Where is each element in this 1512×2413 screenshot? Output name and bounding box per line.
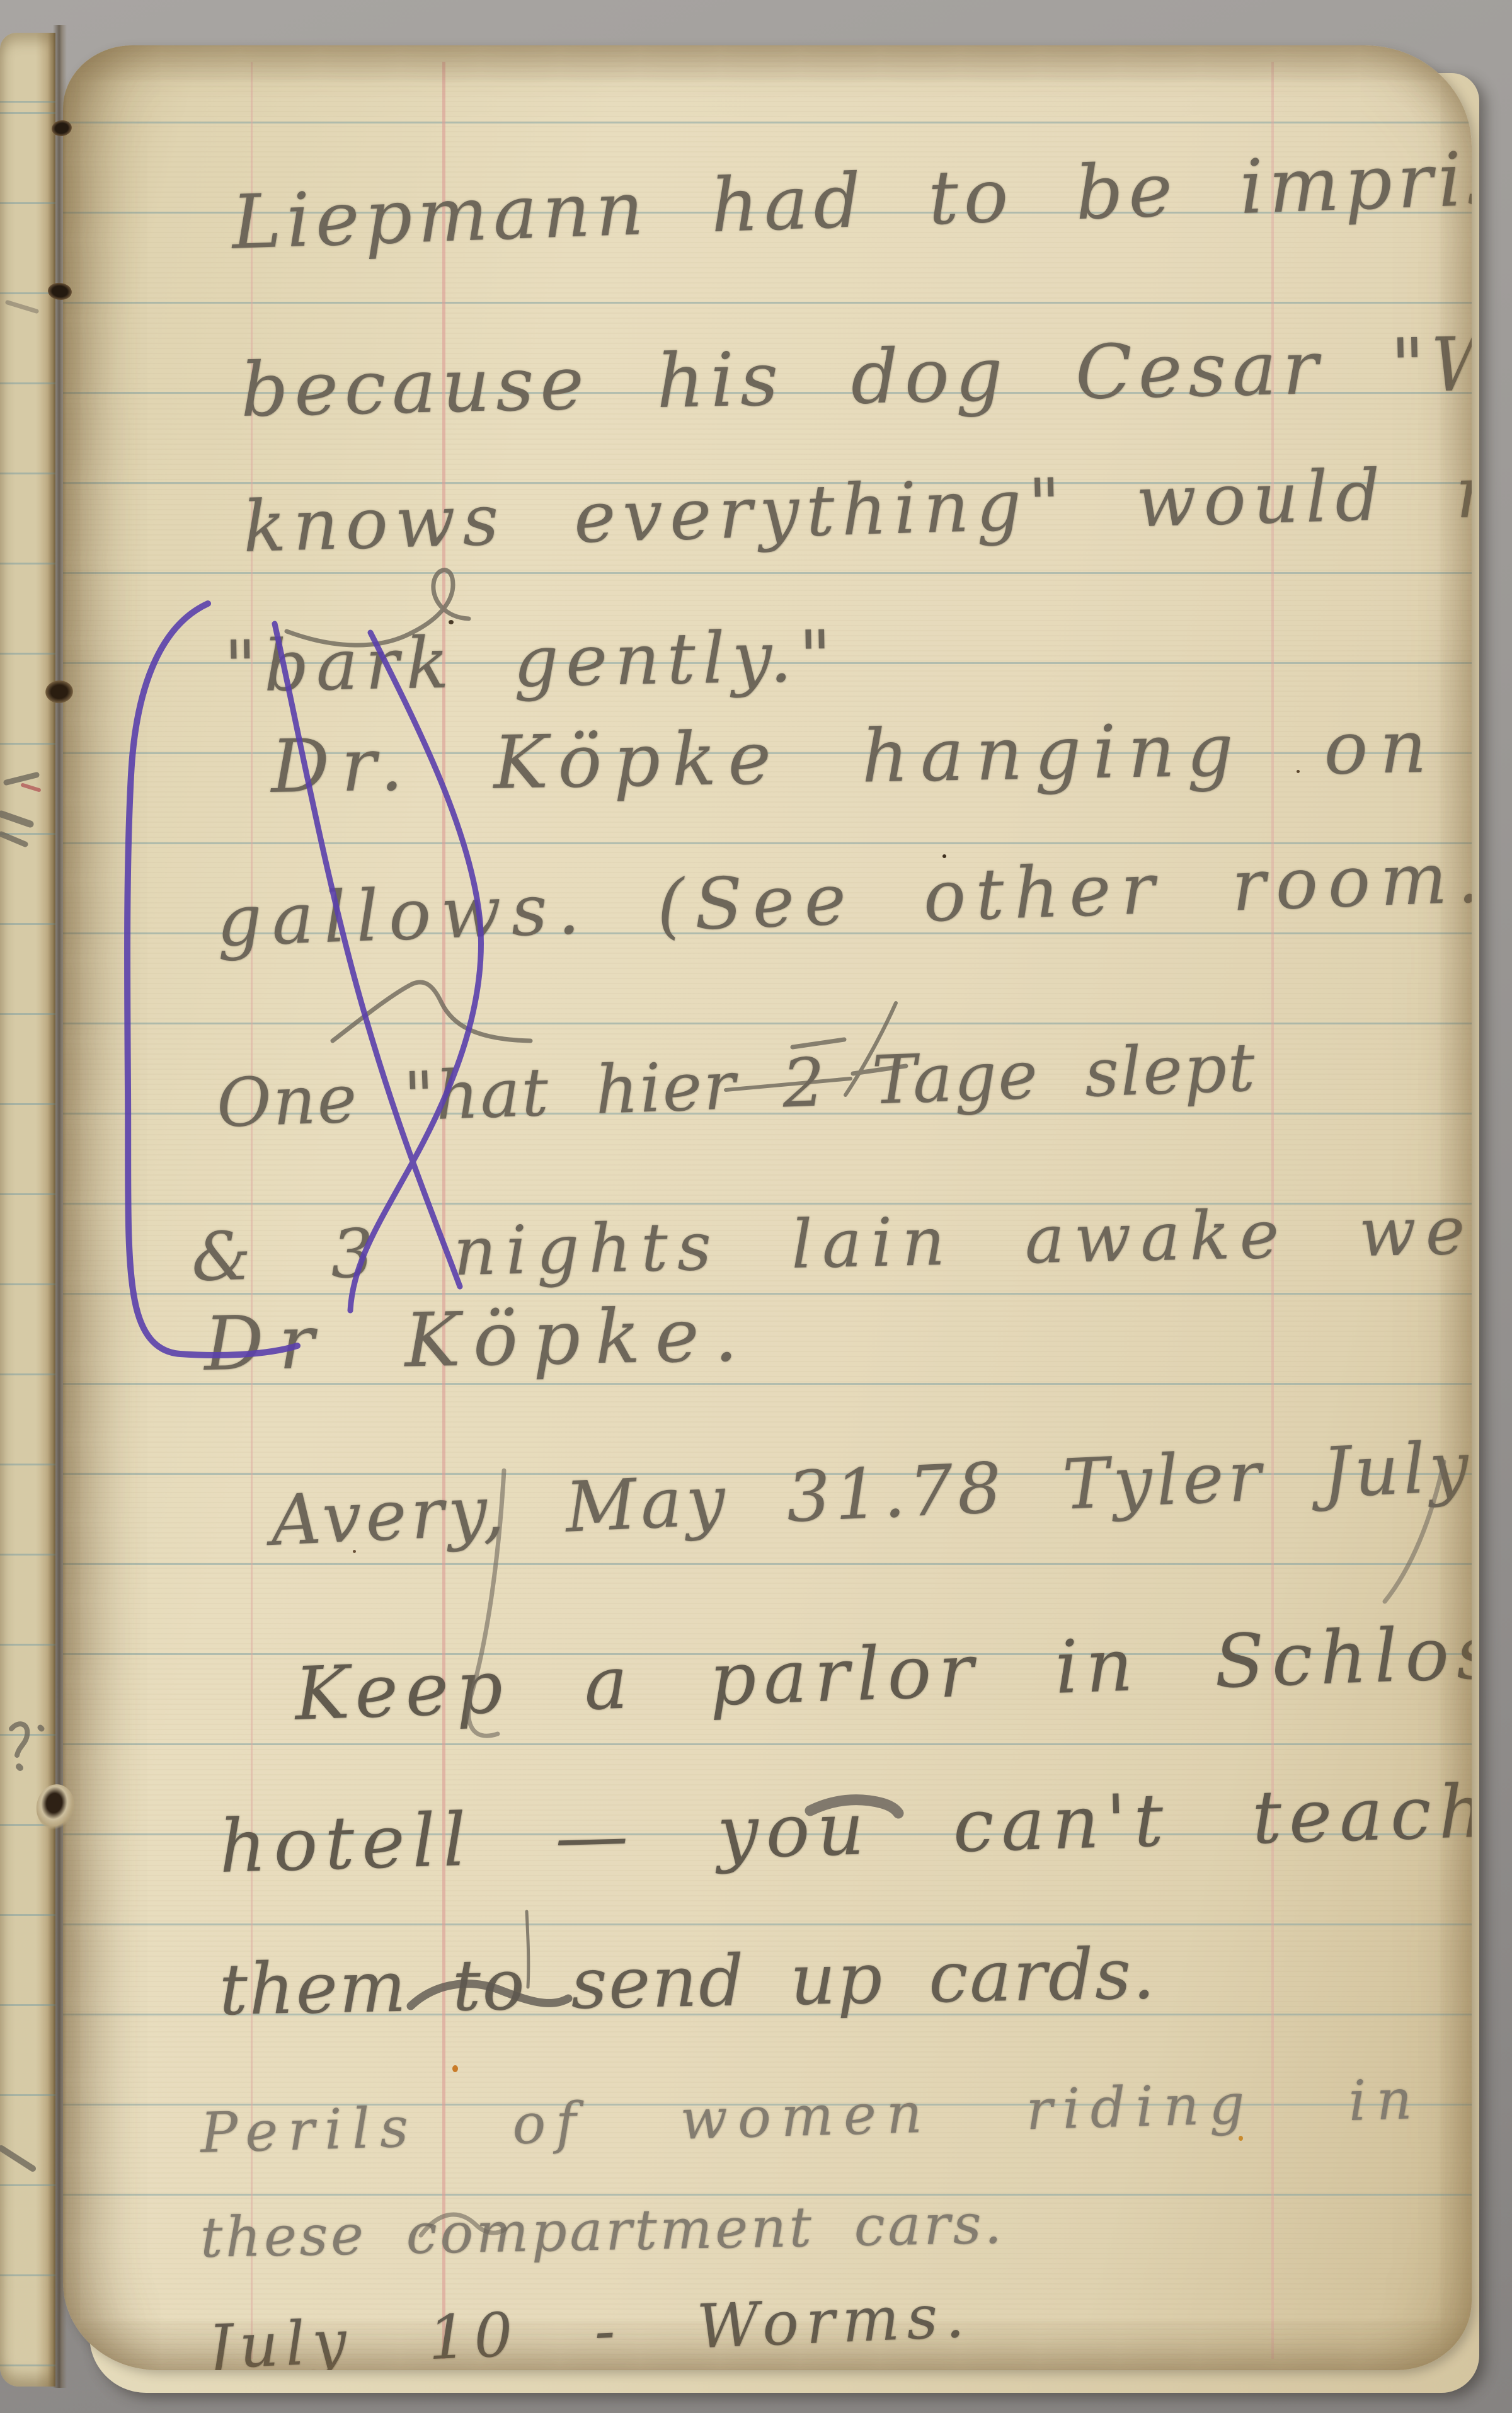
paper-speck xyxy=(452,2065,458,2072)
paper-speck xyxy=(1239,2136,1243,2141)
notebook-page: Liepmann had to be imprisoned because hi… xyxy=(63,45,1472,2370)
previous-page-edge xyxy=(0,33,55,2387)
handwriting-line: Dr Köpke. xyxy=(203,1291,753,1387)
scanned-notebook-page: Liepmann had to be imprisoned because hi… xyxy=(0,0,1512,2413)
handwriting-line: them to send up cards. xyxy=(219,1933,1157,2031)
handwriting-line: these compartment cars. xyxy=(200,2191,1005,2270)
binding-crease xyxy=(53,25,67,2388)
handwriting-line: "bark gently." xyxy=(224,616,839,708)
handwriting-line: July 10 - Worms. xyxy=(207,2280,973,2370)
